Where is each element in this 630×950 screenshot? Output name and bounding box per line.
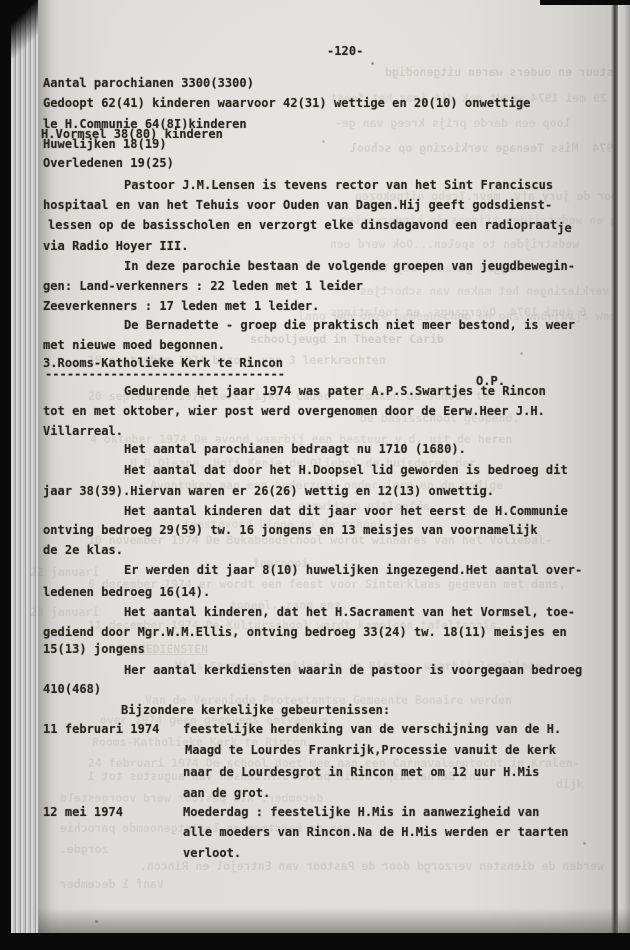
text-line: jaar 38(39).Hiervan waren er 26(26) wett… [43,484,494,498]
bleedthrough-mirrored-text: werden de diensten verzorgd door de Past… [140,860,604,873]
text-line: Villarreal. [43,424,123,438]
bleedthrough-mirrored-text: zorgde. [60,843,108,856]
text-line: Er werden dit jaar 8(10) huwelijken inge… [124,563,582,577]
text-line: aan de grot. [183,786,270,800]
text-line: feestelijke herdenking van de verschijni… [183,722,561,736]
text-line: gediend door Mgr.W.M.Ellis, ontving bedr… [43,625,567,639]
text-line: Moederdag : feestelijke H.Mis in aanwezi… [183,805,539,819]
text-line: tot en met oktober, wier post werd overg… [43,404,545,418]
bleedthrough-mirrored-text: verkiezingen het maken van schortjes [360,285,609,298]
bleedthrough-mirrored-text: Schoolbestuur en ouders waren uitgenodig… [385,66,630,79]
text-line: ledenen bedroeg 16(14). [43,585,210,599]
scan-bottom-black-edge [0,933,630,950]
text-line: alle moeders van Rincon.Na de H.Mis werd… [183,825,569,839]
text-line: Overledenen 19(25) [43,156,174,170]
text-line: Huwelijken 18(19) [43,137,167,151]
page-bottom-shadow [38,908,630,934]
heading-underline: --------------------------------- [45,367,285,381]
text-line: Aantal parochianen 3300(3300) [43,76,254,90]
scan-top-black-edge [540,0,630,5]
text-line: verloot. [183,846,241,860]
event-date: 11 februari 1974 [43,722,159,736]
bleedthrough-mirrored-text: Vanf 1 december [60,878,164,891]
text-line: Het aantal kinderen dat dit jaar voor he… [124,504,568,518]
text-line: ontving bedroeg 29(59) tw. 16 jongens en… [43,523,538,537]
text-line: Het aantal dat door het H.Doopsel lid ge… [124,463,568,477]
page-number: -120- [327,44,363,58]
text-line: met nieuwe moed begonnen. [43,338,225,352]
text-line: De Bernadette - groep die praktisch niet… [124,318,575,332]
text-line: naar de Lourdesgrot in Rincon met om 12 … [183,765,539,779]
text-line: gen: Land-verkenners : 22 leden met 1 le… [43,279,363,293]
bleedthrough-mirrored-text: 2 mei 1974 Miss Teenage verkiezing op sc… [350,142,630,155]
bleedthrough-mirrored-text: wedstrijden te spelen...Ook werd een [330,238,579,251]
text-line: Pastoor J.M.Lensen is tevens rector van … [124,178,553,192]
text-line: lessen op de basisscholen en verzorgt el… [48,218,572,232]
showthrough-text: dijk [556,778,584,791]
text-line: Maagd te Lourdes Frankrijk,Processie van… [185,743,556,757]
text-line: hospitaal en van het Tehuis voor Ouden v… [43,198,552,212]
text-line: de 2e klas. [43,543,123,557]
text-line: Zeeverkenners : 17 leden met 1 leider. [43,299,319,313]
text-line: Her aantal kerkdiensten waarin de pastoo… [124,663,582,677]
showthrough-text: schooljeugd in Theater Carib [250,333,444,346]
dropped-character: je [557,221,572,235]
text-line: Bijzondere kerkelijke gebeurtenissen: [121,703,390,717]
text-line: Het aantal kinderen, dat het H.Sacrament… [124,605,575,619]
scanned-document-page: Schoolbestuur en ouders waren uitgenodig… [0,0,630,950]
text-line: via Radio Hoyer III. [43,239,189,253]
text-line: 15(13) jongens [43,642,145,656]
page-right-edge-line [611,0,618,950]
event-date: 12 mei 1974 [43,805,123,819]
next-page-edge-strip [618,0,630,950]
scan-noise-speckles [0,0,1,1]
text-line: 410(468) [43,682,101,696]
text-line: Gedurende het jaar 1974 was pater A.P.S.… [124,384,546,398]
text-line: In deze parochie bestaan de volgende gro… [124,259,575,273]
bleedthrough-mirrored-text: loop een derde prijs kreeg van ge- [335,117,570,130]
text-line: Het aantal parochianen bedraagt nu 1710 … [124,442,466,456]
text-line: Gedoopt 62(41) kinderen waarvoor 42(31) … [43,96,530,110]
